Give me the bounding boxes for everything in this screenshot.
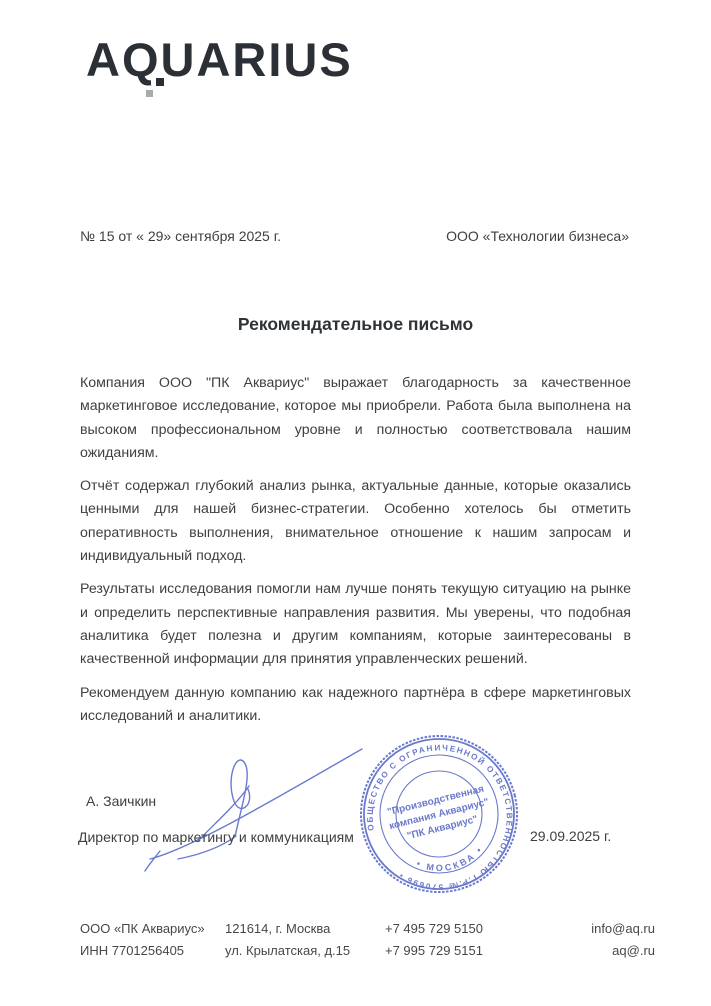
paragraph-3: Результаты исследования помогли нам лучш… (80, 578, 631, 671)
stamp-city-text: • МОСКВА • (413, 842, 488, 880)
footer-phones-block: +7 495 729 5150 +7 995 729 5151 (385, 918, 535, 962)
stamp-center-line2: компания Аквариус" (388, 797, 490, 832)
letter-body: Компания ООО "ПК Аквариус" выражает благ… (80, 372, 631, 738)
stamp-middle-ring (367, 742, 510, 885)
footer-address-line2: ул. Крылатская, д.15 (225, 940, 385, 962)
footer-phone2: +7 995 729 5151 (385, 940, 535, 962)
stamp-outer-decor-ring (356, 731, 522, 897)
company-logo: AQUARIUS (86, 36, 353, 83)
footer-phone1: +7 495 729 5150 (385, 918, 535, 940)
logo-q: Q (122, 36, 161, 83)
footer-address-line1: 121614, г. Москва (225, 918, 385, 940)
stamp-inner-ring (387, 762, 491, 866)
svg-text:• МОСКВА •: • МОСКВА • (413, 842, 488, 880)
footer-email1: info@aq.ru (591, 918, 655, 940)
paragraph-2: Отчёт содержал глубокий анализ рынка, ак… (80, 475, 631, 568)
signature-date: 29.09.2025 г. (530, 828, 611, 844)
footer-emails-block: info@aq.ru aq@.ru (591, 918, 655, 962)
stamp-center-line3: "ПК Аквариус" (406, 814, 479, 842)
paragraph-4: Рекомендуем данную компанию как надежног… (80, 682, 631, 729)
logo-text-uarius: UARIUS (161, 33, 353, 86)
letter-title: Рекомендательное письмо (0, 314, 711, 335)
footer-address-block: 121614, г. Москва ул. Крылатская, д.15 (225, 918, 385, 962)
footer-company-block: ООО «ПК Аквариус» ИНН 7701256405 (80, 918, 225, 962)
company-stamp: ОБЩЕСТВО С ОГРАНИЧЕННОЙ ОТВЕТСТВЕННОСТЬЮ… (356, 731, 522, 897)
footer-inn: ИНН 7701256405 (80, 940, 225, 962)
letter-page: AQUARIUS № 15 от « 29» сентября 2025 г. … (0, 0, 711, 1006)
logo-text-a: A (86, 33, 122, 86)
paragraph-1: Компания ООО "ПК Аквариус" выражает благ… (80, 372, 631, 465)
footer-company: ООО «ПК Аквариус» (80, 918, 225, 940)
stamp-outer-ring (356, 731, 522, 897)
handwritten-signature (140, 735, 370, 875)
stamp-ring-text: ОБЩЕСТВО С ОГРАНИЧЕННОЙ ОТВЕТСТВЕННОСТЬЮ… (356, 731, 522, 897)
svg-text:ОБЩЕСТВО С ОГРАНИЧЕННОЙ ОТВЕТС: ОБЩЕСТВО С ОГРАНИЧЕННОЙ ОТВЕТСТВЕННОСТЬЮ… (356, 731, 522, 897)
header-meta: № 15 от « 29» сентября 2025 г. ООО «Техн… (80, 228, 629, 244)
doc-number: № 15 от « 29» сентября 2025 г. (80, 228, 281, 244)
signer-name: А. Заичкин (86, 793, 156, 809)
recipient: ООО «Технологии бизнеса» (446, 228, 629, 244)
footer-email2: aq@.ru (591, 940, 655, 962)
footer: ООО «ПК Аквариус» ИНН 7701256405 121614,… (80, 918, 655, 962)
signer-position: Директор по маркетингу и коммуникациям (78, 829, 354, 845)
logo-q-pixel-dark (156, 78, 164, 86)
logo-q-pixel-gray (146, 90, 153, 97)
stamp-center-line1: "Производственная (386, 784, 485, 819)
